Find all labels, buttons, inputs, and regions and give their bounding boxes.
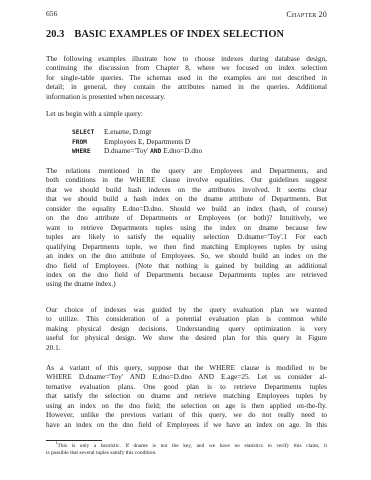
text-line: Let us begin with a simple query:: [46, 110, 327, 119]
sql-value: D.dname='Toy': [104, 147, 148, 155]
text-line: consider the equality E.dno=D.dno. Shoul…: [46, 205, 327, 214]
text-line: 20.1.: [46, 344, 327, 353]
sql-value: E.ename, D.mgr: [104, 128, 152, 136]
sql-from-row: FROMEmployees E, Departments D: [72, 138, 202, 148]
text-line: have an index on the dno field of Employ…: [46, 421, 327, 430]
paragraph-plan: Our choice of indexes was guided by the …: [46, 306, 327, 353]
text-line: The following examples illustrate how to…: [46, 55, 327, 64]
text-line: However, unlike the previous variant of …: [46, 411, 327, 420]
page-number: 656: [46, 9, 57, 18]
text-line: that we should build a hash index on the…: [46, 195, 327, 204]
text-line: ternative evaluation plans. One good pla…: [46, 383, 327, 392]
sql-keyword: WHERE: [72, 147, 104, 157]
section-heading: 20.3BASIC EXAMPLES OF INDEX SELECTION: [46, 29, 284, 40]
text-line: on the dno attribute of Departments or E…: [46, 214, 327, 223]
footnote-text: This is only a heuristic. If dname is no…: [57, 443, 327, 449]
text-line: using the dname index.): [46, 280, 327, 289]
text-line: useful for physical design. We show the …: [46, 334, 327, 343]
text-line: that satisfy the selection on dname and …: [46, 392, 327, 401]
text-line: As a variant of this query, suppose that…: [46, 364, 327, 373]
text-line: both conditions in the WHERE clause invo…: [46, 176, 327, 185]
text-line: continuing the discussion from Chapter 8…: [46, 64, 327, 73]
text-line: making physical design decisions. Unders…: [46, 325, 327, 334]
text-line: an index on the dno attribute of Employe…: [46, 252, 327, 261]
sql-query-block: SELECTE.ename, D.mgr FROMEmployees E, De…: [72, 128, 202, 157]
text-line: The relations mentioned in the query are…: [46, 167, 327, 176]
text-line: detail; in general, they contain the att…: [46, 83, 327, 92]
text-line: tuples are likely to satisfy the equalit…: [46, 233, 327, 242]
text-line: qualifying Departments tuple, we then fi…: [46, 243, 327, 252]
sql-keyword: AND: [150, 148, 161, 155]
section-number: 20.3: [46, 29, 64, 40]
paragraph-relations: The relations mentioned in the query are…: [46, 167, 327, 290]
paragraph-intro: The following examples illustrate how to…: [46, 55, 327, 102]
sql-select-row: SELECTE.ename, D.mgr: [72, 128, 202, 138]
text-line: for single-table queries. The schemas us…: [46, 74, 327, 83]
text-line: Our choice of indexes was guided by the …: [46, 306, 327, 315]
text-line: that we should build hash indexes on the…: [46, 186, 327, 195]
text-line: index on the dno field of Departments be…: [46, 271, 327, 280]
sql-value: E.dno=D.dno: [163, 147, 202, 155]
sql-keyword: FROM: [72, 138, 104, 148]
chapter-label: Chapter 20: [286, 10, 327, 19]
footnote: 1This is only a heuristic. If dname is n…: [46, 443, 327, 458]
sql-where-row: WHERED.dname='Toy' AND E.dno=D.dno: [72, 147, 202, 157]
sql-keyword: SELECT: [72, 128, 104, 138]
sql-value: Employees E, Departments D: [104, 138, 190, 146]
running-head: 656 Chapter 20: [46, 9, 327, 21]
text-line: to utilize. This consideration of a pote…: [46, 315, 327, 324]
paragraph-variant: As a variant of this query, suppose that…: [46, 364, 327, 430]
text-line: want to retrieve Departments tuples usin…: [46, 224, 327, 233]
text-line: using an index on the dno field; the sel…: [46, 402, 327, 411]
section-title: BASIC EXAMPLES OF INDEX SELECTION: [74, 29, 284, 40]
paragraph-query-lead: Let us begin with a simple query:: [46, 110, 327, 119]
text-line: WHERE D.dname='Toy' AND E.dno=D.dno AND …: [46, 373, 327, 382]
footnote-line: is possible that several tuples satisfy …: [46, 450, 327, 457]
text-line: dno field of Employees. (Note that nothi…: [46, 262, 327, 271]
text-line: information is presented when necessary.: [46, 93, 327, 102]
